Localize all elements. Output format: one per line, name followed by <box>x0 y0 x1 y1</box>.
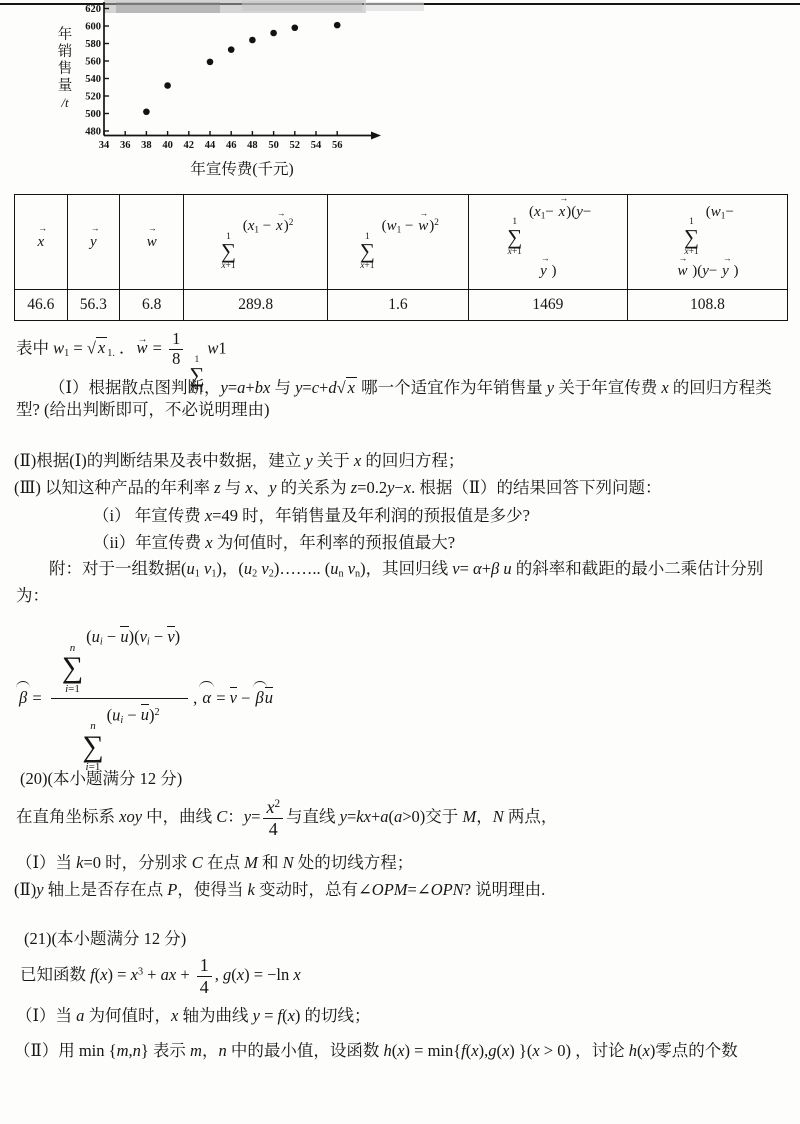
p19-part3ii: （ii）年宣传费 x 为何值时，年利率的预报值最大? <box>93 532 800 554</box>
svg-text:50: 50 <box>268 140 279 151</box>
y-axis-label-char: 售 <box>58 61 73 77</box>
table-value-row: 46.6 56.3 6.8 289.8 1.6 1469 108.8 <box>15 290 788 321</box>
svg-text:500: 500 <box>85 109 101 120</box>
value-wbar: 6.8 <box>120 290 184 321</box>
value-sum-x-sq: 289.8 <box>184 290 328 321</box>
svg-text:480: 480 <box>85 127 101 138</box>
exam-page: { "chart_data": { "type": "scatter", "x"… <box>0 0 800 1124</box>
value-sum-wy: 108.8 <box>627 290 787 321</box>
svg-text:540: 540 <box>85 74 101 85</box>
p20-part2: (Ⅱ)y 轴上是否存在点 P，使得当 k 变动时，总有∠OPM=∠OPN? 说明… <box>14 879 788 901</box>
p20-header: (20)(本小题满分 12 分) <box>20 768 794 790</box>
y-axis-label-char: 量 <box>58 78 73 94</box>
y-axis-label-char: 销 <box>58 44 73 60</box>
svg-text:46: 46 <box>226 140 237 151</box>
svg-text:34: 34 <box>99 140 110 151</box>
p20-intro: 在直角坐标系 xoy 中，曲线 C：y=x24与直线 y=kx+a(a>0)交于… <box>16 797 790 839</box>
header-sum-x-sq: 1∑x+1 (x1 − x)2 <box>184 195 328 290</box>
header-sum-xy: 1∑x+1 (x1− x)(y−y ) <box>468 195 627 290</box>
p19-part3: (Ⅲ) 以知这种产品的年利率 z 与 x、y 的关系为 z=0.2y−x. 根据… <box>14 477 788 499</box>
header-wbar: w <box>120 195 184 290</box>
value-sum-w-sq: 1.6 <box>328 290 469 321</box>
scatter-plot: 4805005205405605806006203436384042444648… <box>82 0 432 184</box>
p19-part2: (Ⅱ)根据(Ⅰ)的判断结果及表中数据，建立 y 关于 x 的回归方程； <box>14 450 788 472</box>
value-sum-xy: 1469 <box>468 290 627 321</box>
p19-appendix: 附：对于一组数据(u1 v1)，(u2 v2)…….. (un vn)，其回归线… <box>16 558 794 607</box>
p21-part2: （Ⅱ）用 min {m,n} 表示 m，n 中的最小值，设函数 h(x) = m… <box>14 1036 794 1066</box>
svg-text:年宣传费(千元): 年宣传费(千元) <box>190 159 293 178</box>
svg-text:560: 560 <box>85 57 101 68</box>
svg-text:580: 580 <box>85 39 101 50</box>
y-axis-label-char: 年 <box>58 27 73 43</box>
p21-part1: （Ⅰ）当 a 为何值时，x 轴为曲线 y = f(x) 的切线； <box>16 1005 790 1027</box>
scatter-chart: 年 销 售 量 /t 48050052054056058060062034363… <box>48 0 438 184</box>
y-axis-label: 年 销 售 量 /t <box>52 27 78 111</box>
svg-text:44: 44 <box>205 140 216 151</box>
p19-part1: （Ⅰ）根据散点图判断，y=a+bx 与 y=c+d√x 哪一个适宜作为年销售量 … <box>16 377 790 420</box>
svg-text:600: 600 <box>85 22 101 33</box>
svg-text:38: 38 <box>141 140 152 151</box>
p20-part1: （Ⅰ）当 k=0 时，分别求 C 在点 M 和 N 处的切线方程； <box>16 852 790 874</box>
svg-text:56: 56 <box>332 140 343 151</box>
table-header-row: x y w 1∑x+1 (x1 − x)2 1∑x+1 (w1 − w)2 1∑… <box>15 195 788 290</box>
header-xbar: x <box>15 195 68 290</box>
svg-text:620: 620 <box>85 4 101 15</box>
p21-intro: 已知函数 f(x) = x3 + ax + 14, g(x) = −ln x <box>20 955 794 997</box>
p21-header: (21)(本小题满分 12 分) <box>24 928 798 950</box>
statistics-table: x y w 1∑x+1 (x1 − x)2 1∑x+1 (w1 − w)2 1∑… <box>14 194 788 321</box>
p19-part3i: （i） 年宣传费 x=49 时，年销售量及年利润的预报值是多少? <box>93 505 800 527</box>
svg-text:48: 48 <box>247 140 258 151</box>
value-ybar: 56.3 <box>67 290 120 321</box>
svg-text:54: 54 <box>311 140 322 151</box>
svg-text:40: 40 <box>162 140 173 151</box>
svg-text:36: 36 <box>120 140 131 151</box>
p19-lsq-formula: β = n∑i=1(ui − u)(vi − v)n∑i=1(ui − u)2,… <box>18 625 792 774</box>
value-xbar: 46.6 <box>15 290 68 321</box>
y-axis-unit: /t <box>61 95 68 111</box>
svg-text:52: 52 <box>290 140 301 151</box>
header-sum-w-sq: 1∑x+1 (w1 − w)2 <box>328 195 469 290</box>
header-ybar: y <box>67 195 120 290</box>
svg-text:520: 520 <box>85 92 101 103</box>
svg-text:42: 42 <box>184 140 195 151</box>
header-sum-wy: 1∑x+1 (w1−w )(y− y ) <box>627 195 787 290</box>
